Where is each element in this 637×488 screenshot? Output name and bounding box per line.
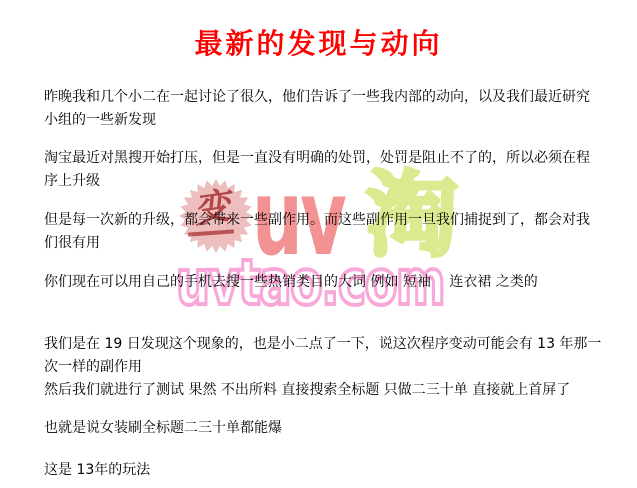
paragraph: 昨晚我和几个小二在一起讨论了很久，他们告诉了一些我内部的动向，以及我们最近研究小… [44,86,602,132]
paragraph: 但是每一次新的升级，都会带来一些副作用。而这些副作用一旦我们捕捉到了，都会对我们… [44,209,602,255]
document-page: 变 uv 淘 uvtao.com 最新的发现与动向 昨晚我和几个小二在一起讨论了… [0,0,637,488]
paragraph: 淘宝最近对黑搜开始打压，但是一直没有明确的处罚，处罚是阻止不了的，所以必须在程序… [44,147,602,193]
paragraph: 我们是在 19 日发现这个现象的，也是小二点了一下，说这次程序变动可能会有 13… [44,333,602,379]
page-title: 最新的发现与动向 [0,22,637,62]
paragraph: 你们现在可以用自己的手机去搜一些热销类目的大词 例如 短袖 连衣裙 之类的 [44,271,602,294]
paragraph: 这是 13年的玩法 [44,459,602,482]
paragraph: 也就是说女装刷全标题二三十单都能爆 [44,417,602,440]
paragraph: 然后我们就进行了测试 果然 不出所料 直接搜索全标题 只做二三十单 直接就上首屏… [44,379,602,402]
